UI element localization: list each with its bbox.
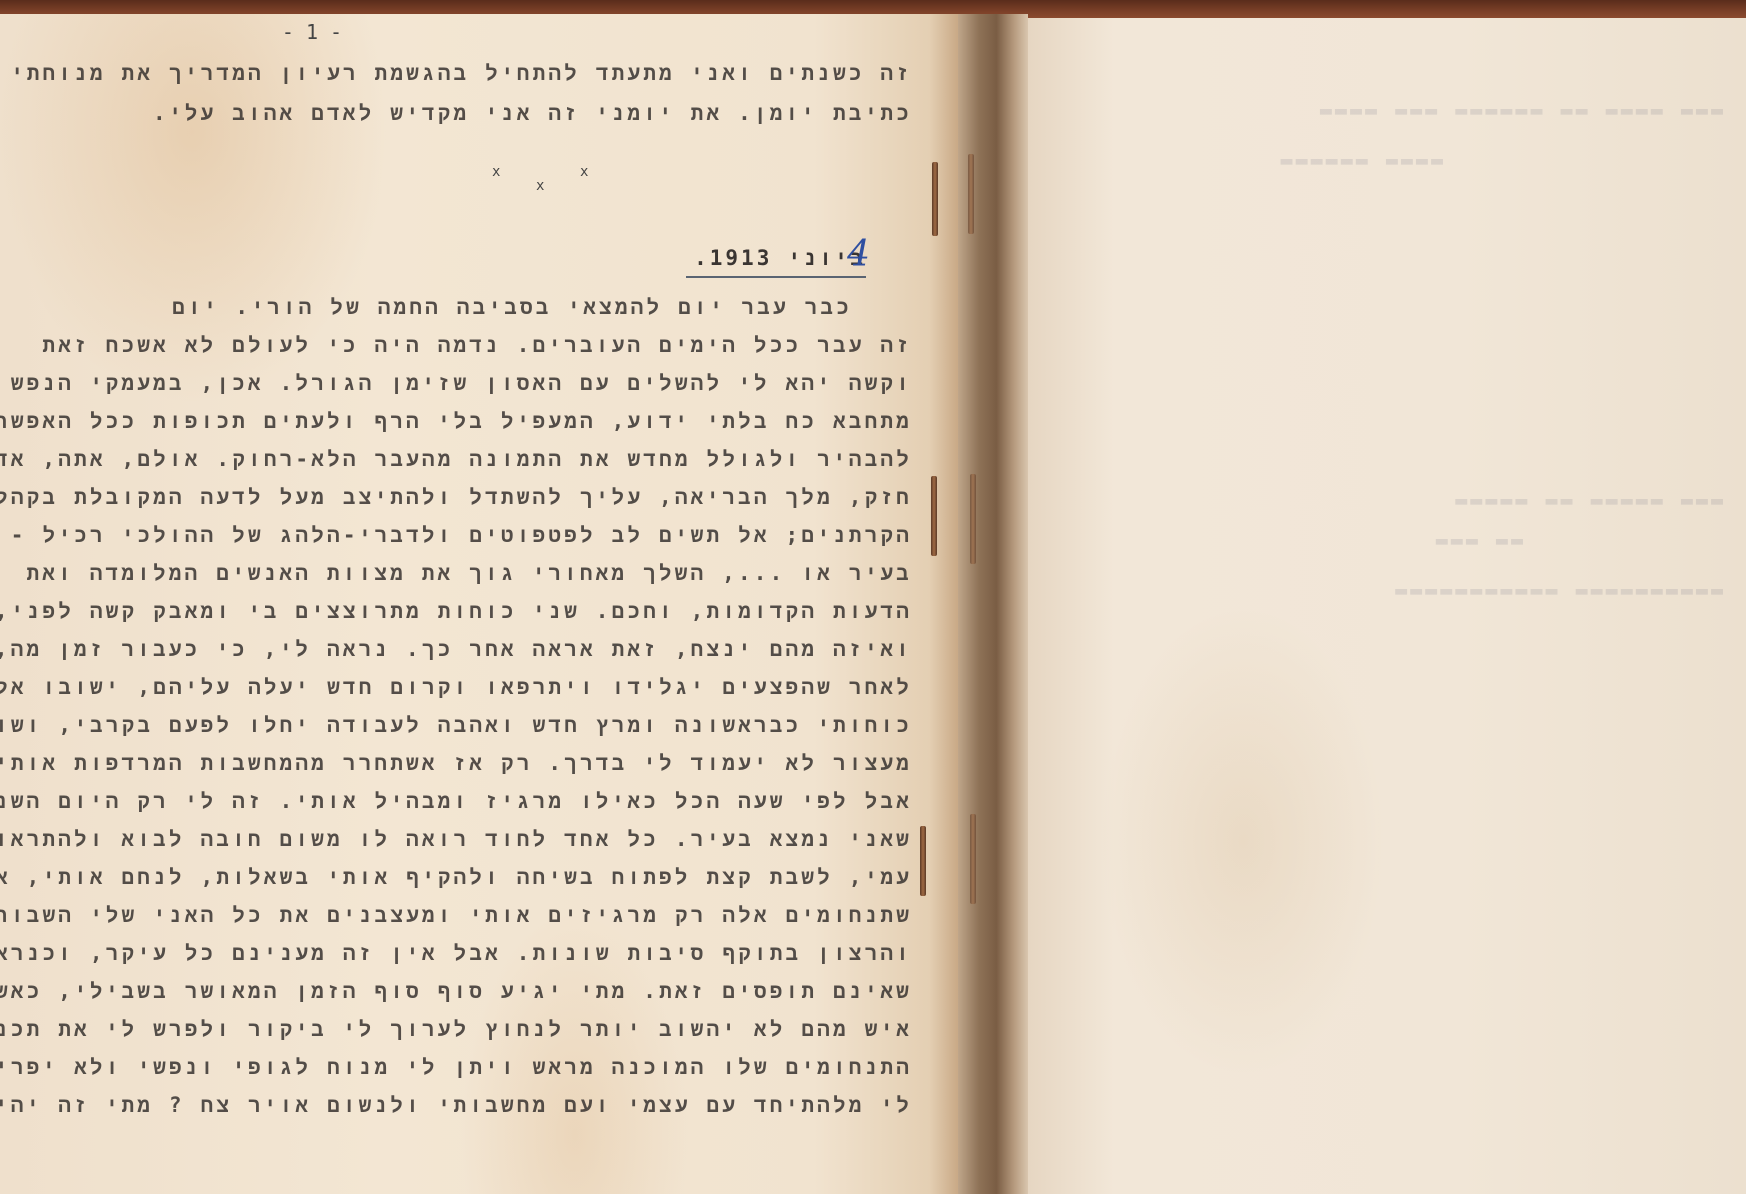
left-page: - 1 - זה כשנתים ואני מתעתד להתחיל בהגשמת… — [0, 14, 958, 1194]
body-line: זה עבר ככל הימים העוברים. נדמה היה כי לע… — [12, 330, 912, 360]
body-line: מעצור לא יעמוד לי בדרך. רק אז אשתחרר מהמ… — [12, 748, 912, 778]
body-line: שתנחומים אלה רק מרגיזים אותי ומעצבנים את… — [12, 900, 912, 930]
staple-reverse — [968, 154, 974, 234]
body-line: איש מהם לא יהשוב יותר לנחוץ לערוך לי ביק… — [12, 1014, 912, 1044]
staple — [920, 826, 926, 896]
staple — [932, 162, 938, 236]
body-line: שאני נמצא בעיר. כל אחד לחוד רואה לו משום… — [12, 824, 912, 854]
bleed-through-text: ▬▬▬▬ ▬▬▬▬▬▬ — [1146, 148, 1446, 172]
body-line: הדעות הקדומות, וחכם. שני כוחות מתרוצצים … — [12, 596, 912, 626]
body-line: בעיר או ..., השלך מאחורי גוך את מצוות הא… — [12, 558, 912, 588]
bleed-through-text: ▬▬ ▬▬▬ — [1326, 528, 1526, 552]
typed-text-block: - 1 - זה כשנתים ואני מתעתד להתחיל בהגשמת… — [12, 14, 912, 1194]
book-spine-gutter — [958, 14, 1028, 1194]
body-line: עמי, לשבת קצת לפתוח בשיחה ולהקיף אותי בש… — [12, 862, 912, 892]
body-line: מתחבא כח בלתי ידוע, המעפיל בלי הרף ולעתי… — [12, 406, 912, 436]
handwritten-day-number: 4 — [847, 234, 870, 275]
bleed-through-text: ▬▬▬▬▬▬▬▬▬▬ ▬▬▬▬▬▬▬▬▬▬▬ — [1206, 578, 1726, 602]
body-line: הקרתנים; אל תשים לב לפטפוטים ולדברי-הלהג… — [12, 520, 912, 550]
diary-date: ביוני 1913. — [686, 246, 866, 278]
body-line: לאחר שהפצעים יגלידו ויתרפאו וקרום חדש יע… — [12, 672, 912, 702]
body-line: לי מלהתיחד עם עצמי ועם מחשבותי ולנשום או… — [12, 1090, 912, 1120]
right-page-blank: ▬▬▬ ▬▬▬▬ ▬▬ ▬▬▬▬▬▬ ▬▬▬ ▬▬▬▬ ▬▬▬▬ ▬▬▬▬▬▬ … — [1028, 18, 1746, 1194]
body-line: שאינם תופסים זאת. מתי יגיע סוף סוף הזמן … — [12, 976, 912, 1006]
body-line: התנחומים שלו המוכנה מראש ויתן לי מנוח לג… — [12, 1052, 912, 1082]
bleed-through-text: ▬▬▬ ▬▬▬▬▬ ▬▬ ▬▬▬▬▬ — [1286, 488, 1726, 512]
intro-line: כתיבת יומן. את יומני זה אני מקדיש לאדם א… — [12, 98, 912, 128]
body-line: חזק, מלך הבריאה, עליך להשתדל ולהתיצב מעל… — [12, 482, 912, 512]
staple-reverse — [970, 474, 976, 564]
body-line: והרצון בתוקף סיבות שונות. אבל אין זה מענ… — [12, 938, 912, 968]
intro-line: זה כשנתים ואני מתעתד להתחיל בהגשמת רעיון… — [12, 58, 912, 88]
body-line: ואיזה מהם ינצח, זאת אראה אחר כך. נראה לי… — [12, 634, 912, 664]
bleed-through-text: ▬▬▬ ▬▬▬▬ ▬▬ ▬▬▬▬▬▬ ▬▬▬ ▬▬▬▬ — [1126, 98, 1726, 122]
body-line: להבהיר ולגולל מחדש את התמונה מהעבר הלא-ר… — [12, 444, 912, 474]
staple — [931, 476, 937, 556]
staple-reverse — [970, 814, 976, 904]
page-number: - 1 - — [12, 20, 912, 44]
body-line: כוחותי כבראשונה ומרץ חדש ואהבה לעבודה יח… — [12, 710, 912, 740]
body-line: אבל לפי שעה הכל כאילו מרגיז ומבהיל אותי.… — [12, 786, 912, 816]
body-line: וקשה יהא לי להשלים עם האסון שזימן הגורל.… — [12, 368, 912, 398]
body-line: כבר עבר יום להמצאי בסביבה החמה של הורי. … — [12, 292, 852, 322]
date-text: ביוני 1913. — [694, 246, 866, 270]
